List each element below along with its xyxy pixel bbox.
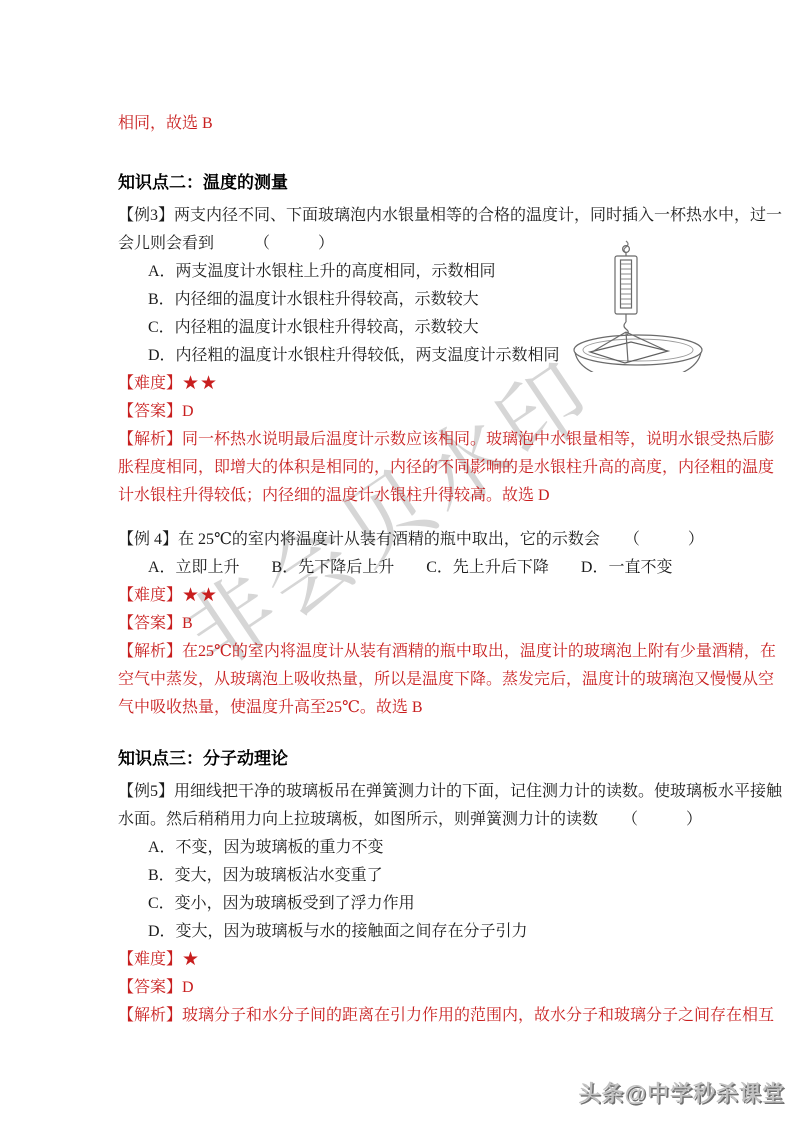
example5-stem-line-2: 水面。然后稍稍用力向上拉玻璃板，如图所示，则弹簧测力计的读数 （ ） [118, 806, 718, 834]
difficulty-label: 【难度】 [118, 951, 182, 968]
answer-value: D [182, 403, 194, 420]
difficulty-label: 【难度】 [118, 375, 182, 392]
knowledge-point-2-heading: 知识点二：温度的测量 [118, 168, 718, 198]
spring-scale-diagram [568, 240, 708, 372]
page-content: 相同，故选 B 知识点二：温度的测量 【例3】两支内径不同、下面玻璃泡内水银量相… [118, 0, 718, 1030]
example5-stem-line-1: 【例5】用细线把干净的玻璃板吊在弹簧测力计的下面，记住测力计的读数。使玻璃板水平… [118, 778, 718, 806]
example4-analysis-line-3: 气中吸收热量，使温度升高至25℃。故选 B [118, 694, 718, 722]
example3-analysis-line-1: 【解析】同一杯热水说明最后温度计示数应该相同。玻璃泡中水银量相等，说明水银受热后… [118, 426, 718, 454]
answer-label: 【答案】 [118, 403, 182, 420]
example5-option-a: A．不变，因为玻璃板的重力不变 [118, 834, 718, 862]
difficulty-stars: ★ [182, 949, 200, 970]
example4-stem-line-1: 【例 4】在 25℃的室内将温度计从装有酒精的瓶中取出，它的示数会 （ ） [118, 526, 718, 554]
example5-option-c: C．变小，因为玻璃板受到了浮力作用 [118, 890, 718, 918]
example3-stem-line-1: 【例3】两支内径不同、下面玻璃泡内水银量相等的合格的温度计，同时插入一杯热水中，… [118, 202, 718, 230]
example3-difficulty-line: 【难度】★★ [118, 370, 718, 398]
example5-analysis-line-1: 【解析】玻璃分子和水分子间的距离在引力作用的范围内，故水分子和玻璃分子之间存在相… [118, 1002, 718, 1030]
difficulty-stars: ★★ [182, 585, 218, 606]
answer-label: 【答案】 [118, 615, 182, 632]
example5-option-d: D．变大，因为玻璃板与水的接触面之间存在分子引力 [118, 918, 718, 946]
answer-value: D [182, 979, 194, 996]
answer-label: 【答案】 [118, 979, 182, 996]
example4-difficulty-line: 【难度】★★ [118, 582, 718, 610]
example5-answer-line: 【答案】D [118, 974, 718, 1002]
document-page: 非会贝水印 相同，故选 B 知识点二：温度的测量 【例3】两支内径不同、下面玻璃… [0, 0, 793, 1122]
example4-analysis-line-2: 空气中蒸发，从玻璃泡上吸收热量，所以是温度下降。蒸发完后，温度计的玻璃泡又慢慢从… [118, 666, 718, 694]
footer-credit: 头条@中学秒杀课堂 [579, 1077, 785, 1108]
example5-option-b: B．变大，因为玻璃板沾水变重了 [118, 862, 718, 890]
example4-options-line: A．立即上升 B．先下降后上升 C．先上升后下降 D．一直不变 [118, 554, 718, 582]
example3-analysis-line-2: 胀程度相同，即增大的体积是相同的，内径的不同影响的是水银柱升高的高度，内径粗的温… [118, 454, 718, 482]
example3-analysis-line-3: 计水银柱升得较低；内径细的温度计水银柱升得较高。故选 D [118, 482, 718, 510]
knowledge-point-3-heading: 知识点三：分子动理论 [118, 744, 718, 774]
answer-value: B [182, 615, 193, 632]
example4-analysis-line-1: 【解析】在25℃的室内将温度计从装有酒精的瓶中取出，温度计的玻璃泡上附有少量酒精… [118, 638, 718, 666]
difficulty-stars: ★★ [182, 373, 218, 394]
example5-difficulty-line: 【难度】★ [118, 946, 718, 974]
example3-answer-line: 【答案】D [118, 398, 718, 426]
continuation-answer-line: 相同，故选 B [118, 110, 718, 138]
difficulty-label: 【难度】 [118, 587, 182, 604]
example4-answer-line: 【答案】B [118, 610, 718, 638]
spring-scale-apparatus-figure [568, 240, 708, 372]
